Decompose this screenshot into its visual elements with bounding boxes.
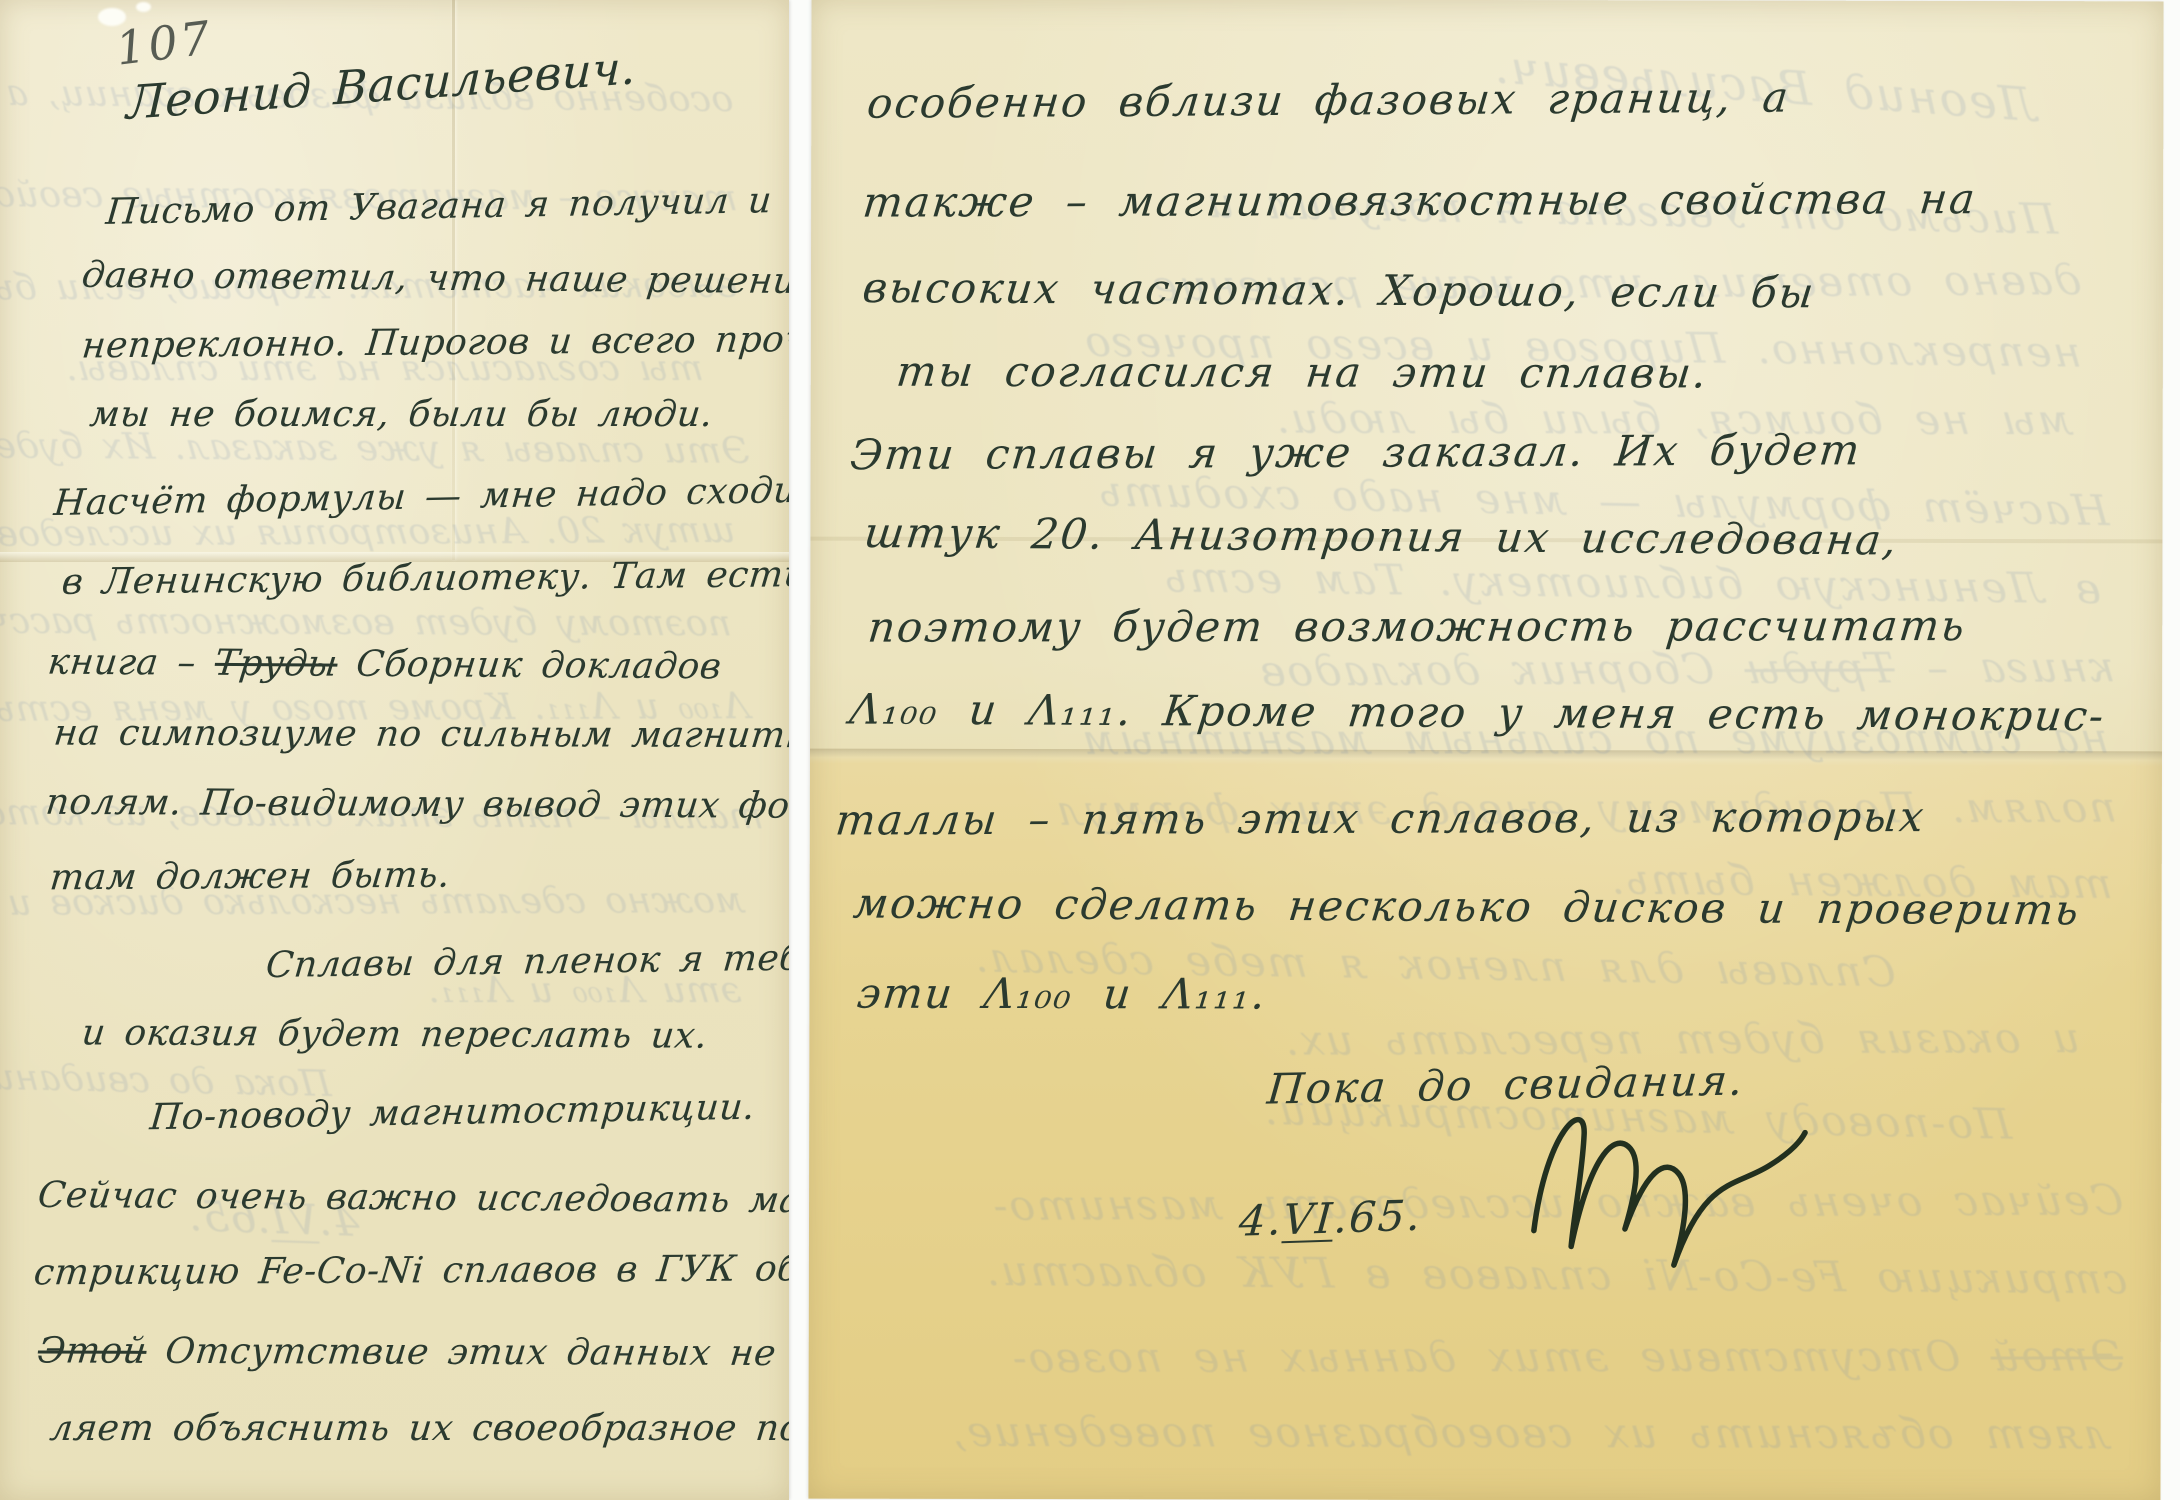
- handwritten-line: книга – Труды Сборник докладов: [46, 642, 724, 688]
- handwritten-line: поэтому будет возможность рассчитать: [866, 601, 1969, 652]
- handwritten-line: Эти сплавы я уже заказал. Их будет: [848, 425, 1864, 479]
- handwritten-line: Сейчас очень важно исследовать магнито-: [36, 1175, 789, 1222]
- handwritten-line: По-поводу магнитострикции.: [148, 1087, 757, 1139]
- handwritten-line: там должен быть.: [48, 855, 452, 899]
- handwritten-line: стрикцию Fe-Co-Ni сплавов в ГУК области.: [32, 1248, 789, 1294]
- handwritten-line: Λ₁₀₀ и Λ₁₁₁. Кроме того у меня есть моно…: [847, 684, 2108, 740]
- handwritten-line: в Ленинскую библиотеку. Там есть: [60, 554, 789, 603]
- letter-scan: особенно вблизи фазовых границ, атакже –…: [0, 0, 2180, 1500]
- handwritten-line: ты согласился на эти сплавы.: [894, 347, 1711, 398]
- handwritten-line: высоких частотах. Хорошо, если бы: [860, 263, 1818, 317]
- farewell-line: Пока до свидания.: [1265, 1056, 1746, 1114]
- handwritten-line: можно сделать несколько дисков и провери…: [851, 879, 2083, 935]
- handwritten-line: мы не боимся, были бы люди.: [88, 394, 715, 435]
- date-line: 4.VI.65.: [1237, 1191, 1424, 1246]
- handwritten-line: на симпозиуме по сильным магнитным: [52, 713, 789, 757]
- handwritten-line: таллы – пять этих сплавов, из которых: [833, 792, 1927, 844]
- handwritten-line: Насчёт формулы — мне надо сходить: [52, 469, 789, 524]
- handwritten-line: полям. По-видимому вывод этих формул: [44, 782, 789, 827]
- letter-page-1: особенно вблизи фазовых границ, атакже –…: [0, 0, 789, 1500]
- handwritten-line: штук 20. Анизотропия их исследована,: [862, 508, 1901, 565]
- letter-page-2: Леонид Васильевич.Письмо от Увагана я по…: [808, 0, 2163, 1500]
- handwritten-line: Этой Отсутствие этих данных не позво-: [36, 1330, 789, 1374]
- signature-flourish: [1509, 1080, 1819, 1281]
- handwritten-line: ляет объяснить их своеобразное поведение…: [48, 1408, 789, 1449]
- handwritten-line: Письмо от Увагана я получил и: [104, 180, 773, 233]
- handwritten-line: непреклонно. Пирогов и всего прочего: [80, 319, 789, 367]
- handwritten-line: и оказия будет переслать их.: [80, 1012, 710, 1056]
- handwritten-line: давно ответил, что наше решение: [80, 255, 789, 302]
- handwritten-line: Сплавы для пленок я тебе сделал.: [264, 935, 789, 986]
- handwritten-line: эти Λ₁₀₀ и Λ₁₁₁.: [855, 969, 1270, 1019]
- handwritten-line: особенно вблизи фазовых границ, а: [865, 73, 1792, 128]
- handwriting-layer: 107 Леонид Васильевич.Письмо от Увагана …: [0, 0, 789, 1500]
- page-number-annotation: 107: [113, 10, 216, 75]
- handwritten-line: также – магнитовязкостные свойства на: [861, 174, 1979, 227]
- handwriting-layer: особенно вблизи фазовых границ, атакже –…: [808, 0, 2163, 1500]
